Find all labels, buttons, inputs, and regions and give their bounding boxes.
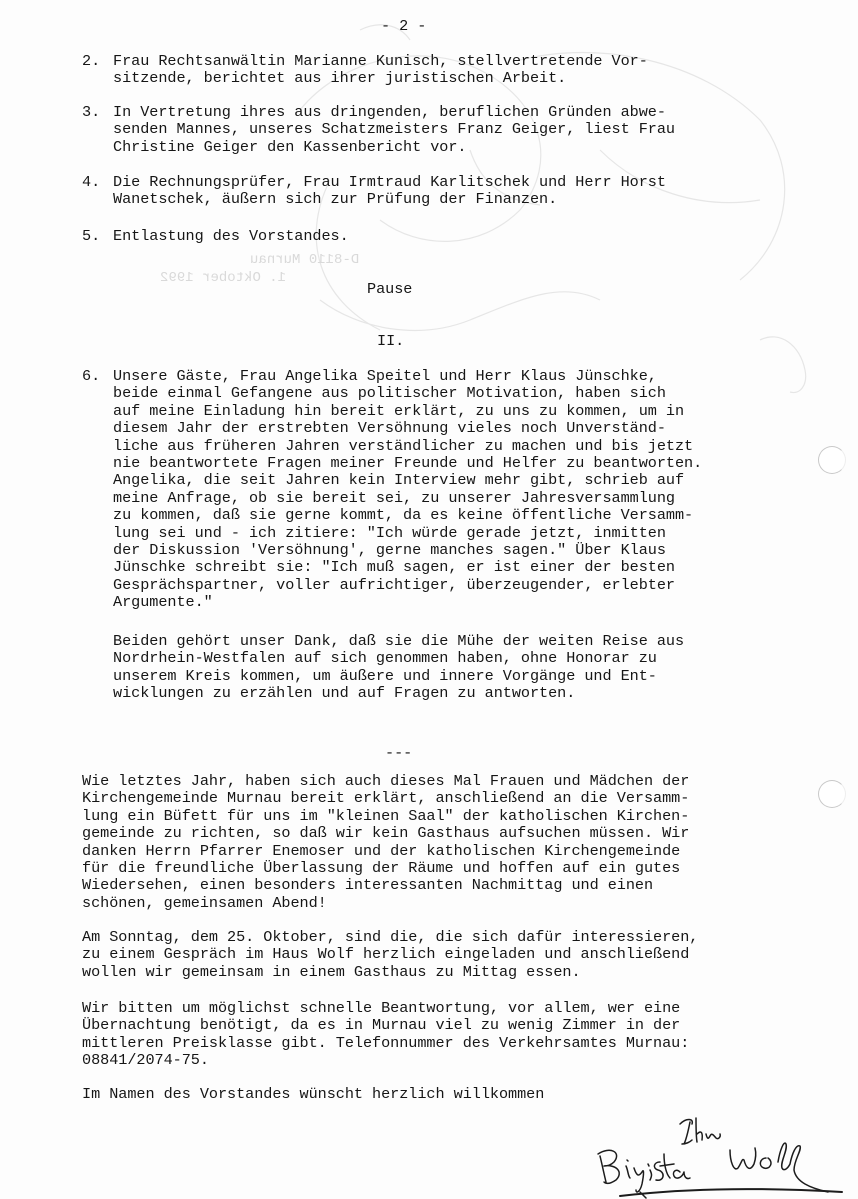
paragraph-line: danken Herrn Pfarrer Enemoser und der ka… (82, 843, 680, 860)
list-item-number: 4. (82, 174, 100, 191)
list-item-line: Entlastung des Vorstandes. (113, 228, 349, 245)
paragraph-line: Wir bitten um möglichst schnelle Beantwo… (82, 1000, 680, 1017)
paragraph-line: 08841/2074-75. (82, 1052, 209, 1069)
list-item-number: 5. (82, 228, 100, 245)
list-item-line: liche aus früheren Jahren verständlicher… (113, 438, 693, 455)
list-item-line: auf meine Einladung hin bereit erklärt, … (113, 403, 684, 420)
paragraph-line: wollen wir gemeinsam in einem Gasthaus z… (82, 964, 581, 981)
list-item-line: zu kommen, daß sie gerne kommt, da es ke… (113, 507, 693, 524)
list-item-number: 2. (82, 53, 100, 70)
list-item-line: senden Mannes, unseres Schatzmeisters Fr… (113, 121, 675, 138)
list-item-line: diesem Jahr der erstrebten Versöhnung vi… (113, 420, 666, 437)
list-item-line: nie beantwortete Fragen meiner Freunde u… (113, 455, 702, 472)
paragraph-line: schönen, gemeinsamen Abend! (82, 895, 327, 912)
list-item-line: Frau Rechtsanwältin Marianne Kunisch, st… (113, 53, 648, 70)
paragraph-line: wicklungen zu erzählen und auf Fragen zu… (113, 685, 575, 702)
paragraph-line: Wie letztes Jahr, haben sich auch dieses… (82, 773, 689, 790)
bleed-through-text: D-8110 Murnau (250, 252, 359, 269)
list-item-line: der Diskussion 'Versöhnung', gerne manch… (113, 542, 666, 559)
paragraph-line: zu einem Gespräch im Haus Wolf herzlich … (82, 946, 689, 963)
list-item-line: Angelika, die seit Jahren kein Interview… (113, 472, 684, 489)
paragraph-line: lung ein Büfett für uns im "kleinen Saal… (82, 808, 689, 825)
paragraph-line: Wiedersehen, einen besonders interessant… (82, 877, 653, 894)
list-item-line: In Vertretung ihres aus dringenden, beru… (113, 104, 666, 121)
list-item-line: sitzende, berichtet aus ihrer juristisch… (113, 70, 566, 87)
page-number: - 2 - (381, 18, 426, 35)
paragraph-line: für die freundliche Überlassung der Räum… (82, 860, 680, 877)
handwritten-signature: Birgitta Wolf (580, 1110, 850, 1199)
list-item-line: Die Rechnungsprüfer, Frau Irmtraud Karli… (113, 174, 666, 191)
separator: --- (385, 745, 412, 762)
list-item-line: Christine Geiger den Kassenbericht vor. (113, 139, 467, 156)
list-item-line: meine Anfrage, ob sie bereit sei, zu uns… (113, 490, 675, 507)
paragraph-line: Übernachtung benötigt, da es in Murnau v… (82, 1017, 680, 1034)
paragraph-line: Kirchengemeinde Murnau bereit erklärt, a… (82, 790, 689, 807)
paragraph-line: Am Sonntag, dem 25. Oktober, sind die, d… (82, 929, 698, 946)
list-item-line: Jünschke schreibt sie: "Ich muß sagen, e… (113, 559, 675, 576)
document-page: D-8110 Murnau 1. Oktober 1992 - 2 - 2.Fr… (0, 0, 858, 1199)
list-item-line: Gesprächspartner, voller aufrichtiger, ü… (113, 577, 675, 594)
bleed-through-text: 1. Oktober 1992 (160, 270, 286, 287)
list-item-number: 3. (82, 104, 100, 121)
list-item-line: Argumente." (113, 594, 213, 611)
list-item-line: Wanetschek, äußern sich zur Prüfung der … (113, 191, 557, 208)
list-item-line: beide einmal Gefangene aus politischer M… (113, 385, 666, 402)
section-heading: II. (377, 333, 404, 350)
closing-line: Im Namen des Vorstandes wünscht herzlich… (82, 1086, 544, 1103)
paragraph-line: Beiden gehört unser Dank, daß sie die Mü… (113, 633, 684, 650)
paragraph-line: gemeinde zu richten, so daß wir kein Gas… (82, 825, 689, 842)
paragraph-line: unserem Kreis kommen, um äußere und inne… (113, 668, 657, 685)
list-item-number: 6. (82, 368, 100, 385)
paragraph-line: Nordrhein-Westfalen auf sich genommen ha… (113, 650, 657, 667)
list-item-line: lung sei und - ich zitiere: "Ich würde g… (113, 525, 666, 542)
punch-hole (818, 446, 846, 474)
list-item-line: Unsere Gäste, Frau Angelika Speitel und … (113, 368, 657, 385)
punch-hole (818, 780, 846, 808)
pause-heading: Pause (367, 281, 412, 298)
paragraph-line: mittleren Preisklasse gibt. Telefonnumme… (82, 1035, 689, 1052)
